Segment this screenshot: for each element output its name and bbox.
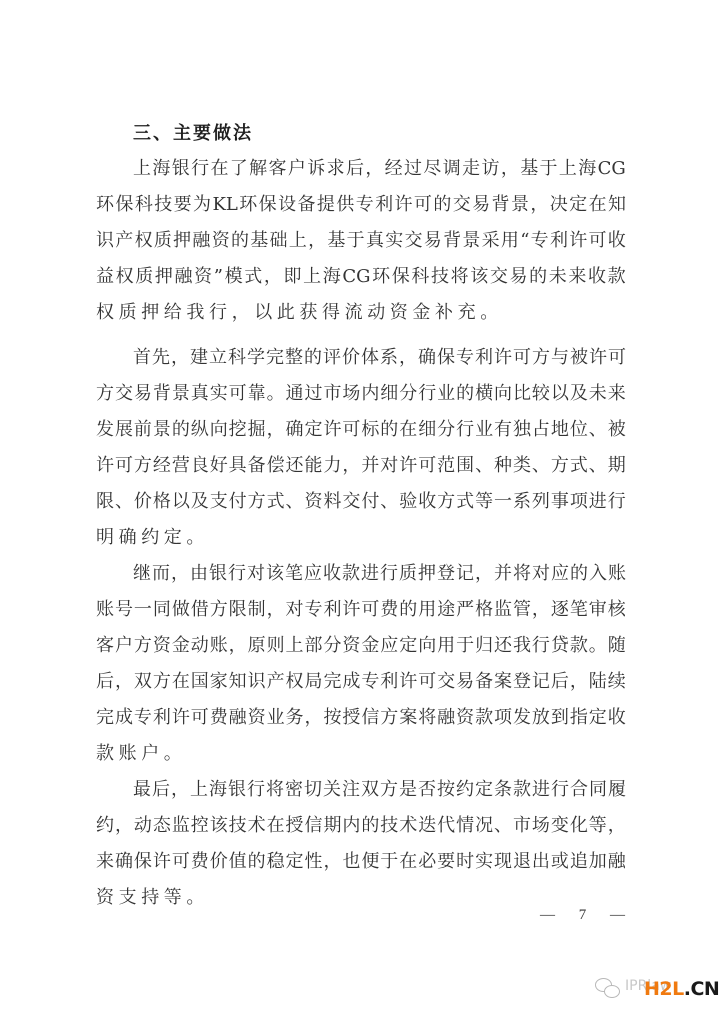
paragraph-2-line-2: 方交易背景真实可靠。通过市场内细分行业的横向比较以及未来 <box>96 380 626 408</box>
document-page: 三、主要做法 上海银行在了解客户诉求后，经过尽调走访，基于上海CG 环保科技要为… <box>0 0 720 1018</box>
paragraph-4-line-1: 最后，上海银行将密切关注双方是否按约定条款进行合同履 <box>133 776 626 804</box>
page-number: — 7 — <box>540 907 635 924</box>
h2l-logo: H2L.CN <box>644 978 719 1000</box>
paragraph-1-line-3: 识产权质押融资的基础上，基于真实交易背景采用“专利许可收 <box>96 227 626 255</box>
paragraph-3-line-5: 完成专利许可费融资业务，按授信方案将融资款项发放到指定收 <box>96 704 626 732</box>
paragraph-1-line-1: 上海银行在了解客户诉求后，经过尽调走访，基于上海CG <box>133 155 626 183</box>
paragraph-1-line-4: 益权质押融资”模式，即上海CG环保科技将该交易的未来收款 <box>96 263 626 291</box>
watermark: IPRlaw H2L.CN <box>595 972 719 1006</box>
paragraph-2-line-4: 许可方经营良好具备偿还能力，并对许可范围、种类、方式、期 <box>96 452 626 480</box>
wechat-icon <box>595 978 621 1000</box>
paragraph-4-line-3: 来确保许可费价值的稳定性，也便于在必要时实现退出或追加融 <box>96 848 626 876</box>
paragraph-3-line-2: 账号一同做借方限制，对专利许可费的用途严格监管，逐笔审核 <box>96 596 626 624</box>
paragraph-3-line-6: 款账户。 <box>96 740 626 768</box>
logo-h2l: H2L <box>644 978 684 1000</box>
paragraph-3-line-1: 继而，由银行对该笔应收款进行质押登记，并将对应的入账 <box>133 560 626 588</box>
paragraph-1-line-2: 环保科技要为KL环保设备提供专利许可的交易背景，决定在知 <box>96 191 626 219</box>
paragraph-2-line-1: 首先，建立科学完整的评价体系，确保专利许可方与被许可 <box>133 344 626 372</box>
section-heading: 三、主要做法 <box>133 119 253 145</box>
paragraph-3-line-4: 后，双方在国家知识产权局完成专利许可交易备案登记后，陆续 <box>96 668 626 696</box>
paragraph-1-line-5: 权质押给我行，以此获得流动资金补充。 <box>96 299 626 327</box>
paragraph-2-line-3: 发展前景的纵向挖掘，确定许可标的在细分行业有独占地位、被 <box>96 416 626 444</box>
logo-cn: .CN <box>684 978 720 1000</box>
paragraph-4-line-2: 约，动态监控该技术在授信期内的技术迭代情况、市场变化等， <box>96 812 626 840</box>
paragraph-2-line-6: 明确约定。 <box>96 524 626 552</box>
paragraph-2-line-5: 限、价格以及支付方式、资料交付、验收方式等一系列事项进行 <box>96 488 626 516</box>
paragraph-3-line-3: 客户方资金动账，原则上部分资金应定向用于归还我行贷款。随 <box>96 632 626 660</box>
